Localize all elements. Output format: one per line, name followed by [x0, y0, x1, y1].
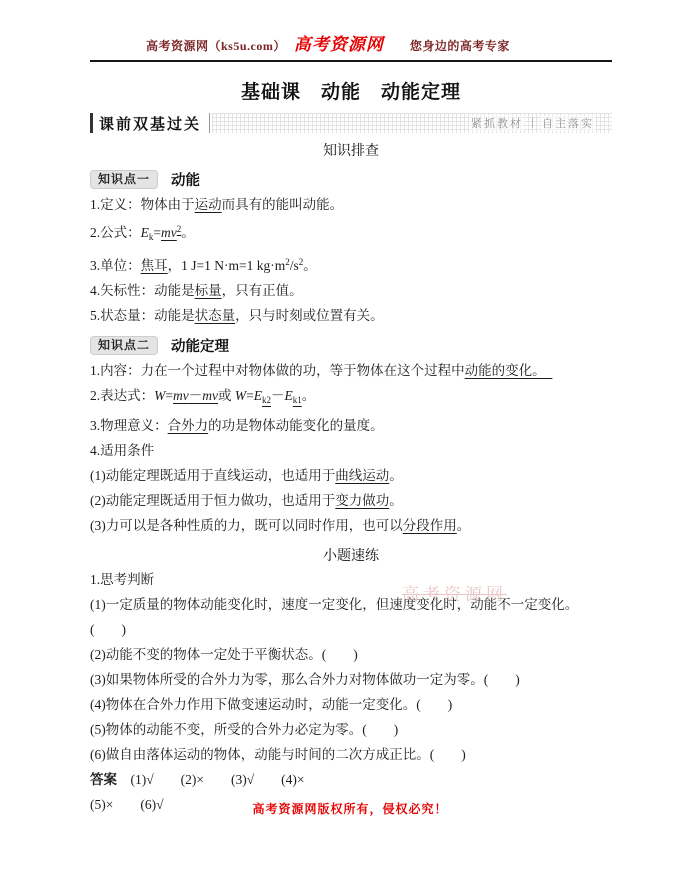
- text-segment: 1.定义：物体由于: [90, 197, 195, 212]
- banner-pattern: 紧抓教材 自主落实: [212, 113, 612, 133]
- text-segment: k1: [293, 395, 302, 405]
- text-segment: 或: [218, 388, 235, 403]
- text-segment: 1.内容：力在一个过程中对物体做的功，等于物体在这个过程中: [90, 363, 465, 378]
- text-segment: W: [235, 388, 246, 403]
- text-segment: 的功是物体动能变化的量度。: [208, 418, 384, 433]
- text-segment: E: [141, 225, 149, 240]
- text-segment: 。: [389, 468, 403, 483]
- text-segment: 焦耳: [141, 258, 168, 273]
- text-segment: (1)一定质量的物体动能变化时，速度一定变化，但速度变化时，动能不一定变化。( …: [90, 597, 578, 637]
- text-segment: 。: [302, 388, 316, 403]
- banner-title: 课前双基过关: [90, 113, 210, 133]
- section-banner: 课前双基过关 紧抓教材 自主落实: [90, 113, 612, 133]
- text-line: 1.定义：物体由于运动而具有的能叫动能。: [90, 192, 612, 217]
- text-line: 4.适用条件: [90, 438, 612, 463]
- text-segment: (2)动能定理既适用于恒力做功，也适用于: [90, 493, 335, 508]
- banner-tag-selfstudy: 自主落实: [540, 115, 596, 131]
- header-row: 高考资源网（ks5u.com） 高考资源网 您身边的高考专家: [90, 30, 612, 55]
- text-segment: (5)物体的动能不变，所受的合外力必定为零。( ): [90, 722, 398, 737]
- text-segment: 状态量: [195, 308, 236, 323]
- text-segment: 5.状态量：动能是: [90, 308, 195, 323]
- text-line: (6)做自由落体运动的物体，动能与时间的二次方成正比。( ): [90, 742, 612, 767]
- quiz-subheading: 1.思考判断: [90, 567, 612, 592]
- knowledge-point-2-title: 动能定理: [171, 335, 229, 356]
- text-segment: 运动: [195, 197, 222, 212]
- text-segment: 答案: [90, 772, 117, 787]
- quiz-questions: (1)一定质量的物体动能变化时，速度一定变化，但速度变化时，动能不一定变化。( …: [90, 592, 612, 767]
- text-segment: =: [153, 225, 161, 240]
- text-segment: (2)动能不变的物体一定处于平衡状态。( ): [90, 647, 358, 662]
- knowledge-point-2-badge: 知识点二: [90, 336, 158, 355]
- page-header: 高考资源网（ks5u.com） 高考资源网 您身边的高考专家: [90, 30, 612, 62]
- knowledge-point-1-badge: 知识点一: [90, 170, 158, 189]
- text-line: (4)物体在合外力作用下做变速运动时，动能一定变化。( ): [90, 692, 612, 717]
- text-line: 2.公式：Ek=mv2。: [90, 217, 612, 250]
- text-segment: －: [189, 388, 203, 403]
- text-segment: 。: [303, 258, 317, 273]
- text-line: 1.内容：力在一个过程中对物体做的功，等于物体在这个过程中动能的变化。: [90, 358, 612, 383]
- page-title: 基础课 动能 动能定理: [90, 77, 612, 104]
- banner-right-tags: 紧抓教材 自主落实: [469, 115, 612, 131]
- text-segment: =: [246, 388, 254, 403]
- text-line: 3.单位：焦耳，1 J=1 N·m=1 kg·m2/s2。: [90, 250, 612, 278]
- text-line: 4.矢标性：动能是标量，只有正值。: [90, 278, 612, 303]
- site-logo: 高考资源网: [294, 30, 384, 55]
- text-segment: ，只有正值。: [222, 283, 303, 298]
- banner-tag-textbook: 紧抓教材: [469, 115, 525, 131]
- text-line: (2)动能不变的物体一定处于平衡状态。( ): [90, 642, 612, 667]
- text-segment: 动能的变化。: [465, 363, 553, 378]
- text-segment: mv: [202, 388, 218, 403]
- text-line: (1)一定质量的物体动能变化时，速度一定变化，但速度变化时，动能不一定变化。( …: [90, 592, 612, 642]
- text-line: 2.表达式：W=mv－mv或 W=Ek2－Ek1。: [90, 383, 612, 413]
- knowledge-point-1-content: 1.定义：物体由于运动而具有的能叫动能。2.公式：Ek=mv2。3.单位：焦耳，…: [90, 192, 612, 328]
- text-line: 答案 (1)√ (2)× (3)√ (4)×: [90, 767, 612, 792]
- text-segment: (4)物体在合外力作用下做变速运动时，动能一定变化。( ): [90, 697, 452, 712]
- text-segment: －: [271, 388, 285, 403]
- text-segment: (6)做自由落体运动的物体，动能与时间的二次方成正比。( ): [90, 747, 466, 762]
- text-segment: 4.适用条件: [90, 443, 154, 458]
- text-segment: 合外力: [168, 418, 209, 433]
- text-segment: 变力做功: [335, 493, 389, 508]
- text-segment: 标量: [195, 283, 222, 298]
- site-tagline: 您身边的高考专家: [410, 37, 510, 54]
- text-segment: 3.物理意义：: [90, 418, 168, 433]
- document-page: 高考资源网（ks5u.com） 高考资源网 您身边的高考专家 基础课 动能 动能…: [0, 0, 700, 877]
- text-segment: mv: [173, 388, 189, 403]
- text-line: (1)动能定理既适用于直线运动，也适用于曲线运动。: [90, 463, 612, 488]
- site-name: 高考资源网（ks5u.com）: [146, 37, 286, 54]
- text-segment: =: [165, 388, 173, 403]
- text-segment: 4.矢标性：动能是: [90, 283, 195, 298]
- text-line: (2)动能定理既适用于恒力做功，也适用于变力做功。: [90, 488, 612, 513]
- text-segment: 2.公式：: [90, 225, 141, 240]
- knowledge-point-1-title: 动能: [171, 169, 200, 190]
- text-line: (5)物体的动能不变，所受的合外力必定为零。( ): [90, 717, 612, 742]
- text-segment: 而具有的能叫动能。: [222, 197, 344, 212]
- text-segment: (1)动能定理既适用于直线运动，也适用于: [90, 468, 335, 483]
- divider: [532, 118, 533, 128]
- text-segment: (1)√ (2)× (3)√ (4)×: [117, 772, 305, 787]
- text-segment: 。: [181, 225, 195, 240]
- text-segment: ，1 J=1 N·m=1 kg·m: [168, 258, 286, 273]
- text-segment: W: [154, 388, 165, 403]
- text-segment: 曲线运动: [335, 468, 389, 483]
- text-line: (3)如果物体所受的合外力为零，那么合外力对物体做功一定为零。( ): [90, 667, 612, 692]
- knowledge-point-1-header: 知识点一 动能: [90, 168, 612, 190]
- text-segment: 3.单位：: [90, 258, 141, 273]
- knowledge-heading: 知识排查: [90, 142, 612, 162]
- text-segment: 。: [389, 493, 403, 508]
- text-segment: /s: [290, 258, 299, 273]
- text-segment: k2: [262, 395, 271, 405]
- text-segment: (3)如果物体所受的合外力为零，那么合外力对物体做功一定为零。( ): [90, 672, 520, 687]
- text-segment: E: [285, 388, 293, 403]
- text-line: 3.物理意义：合外力的功是物体动能变化的量度。: [90, 413, 612, 438]
- text-segment: (3)力可以是各种性质的力，既可以同时作用，也可以: [90, 518, 403, 533]
- text-segment: 。: [457, 518, 471, 533]
- text-segment: E: [254, 388, 262, 403]
- text-segment: mv: [161, 225, 177, 240]
- text-line: 5.状态量：动能是状态量，只与时刻或位置有关。: [90, 303, 612, 328]
- text-line: (3)力可以是各种性质的力，既可以同时作用，也可以分段作用。: [90, 513, 612, 538]
- text-segment: 分段作用: [403, 518, 457, 533]
- page-footer: 高考资源网版权所有，侵权必究！: [0, 800, 700, 817]
- text-segment: ，只与时刻或位置有关。: [235, 308, 384, 323]
- text-segment: 2.表达式：: [90, 388, 154, 403]
- quiz-heading: 小题速练: [90, 547, 612, 567]
- knowledge-point-2-header: 知识点二 动能定理: [90, 334, 612, 356]
- knowledge-point-2-content: 1.内容：力在一个过程中对物体做的功，等于物体在这个过程中动能的变化。 2.表达…: [90, 358, 612, 538]
